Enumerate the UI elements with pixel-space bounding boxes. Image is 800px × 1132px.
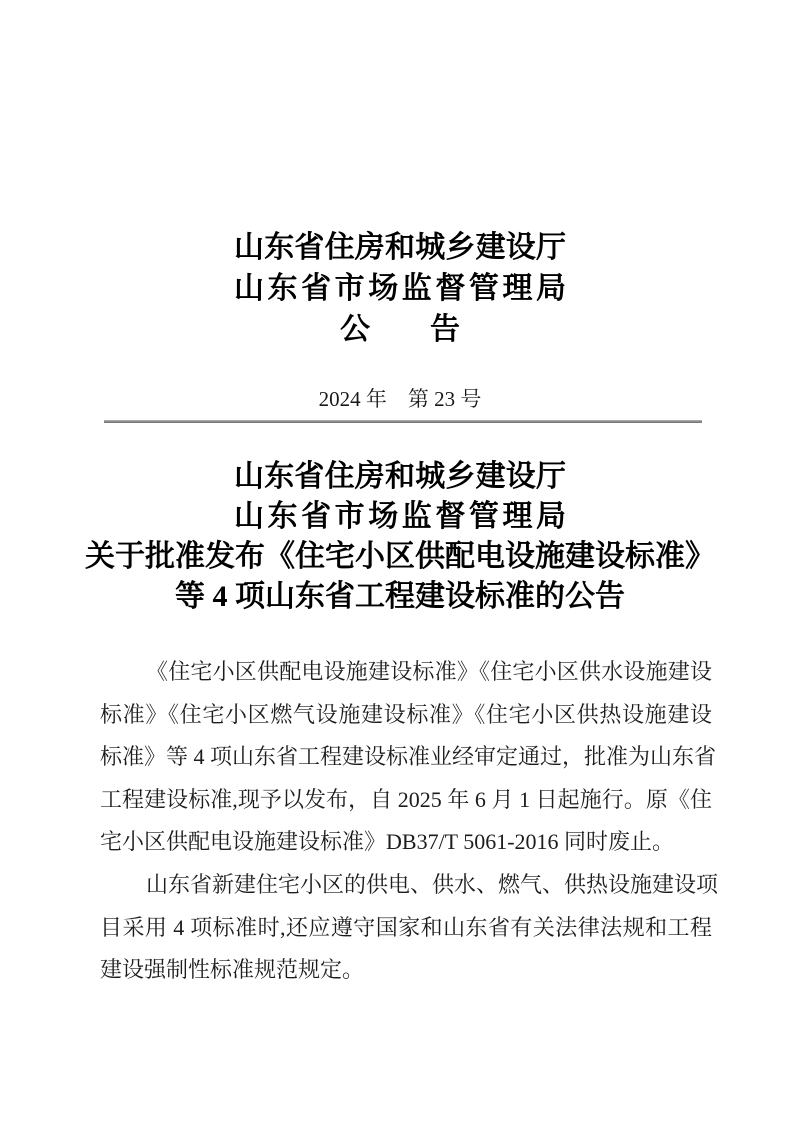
header-divider	[104, 420, 702, 423]
issue-number: 2024 年 第 23 号	[0, 386, 800, 412]
paragraph-2-line-3: 建设强制性标准规范规定。	[100, 949, 712, 992]
paragraph-1: 《住宅小区供配电设施建设标准》《住宅小区供水设施建设 标准》《住宅小区燃气设施建…	[100, 651, 712, 864]
paragraph-1-line-3: 标准》等 4 项山东省工程建设标准业经审定通过，批准为山东省	[100, 736, 712, 779]
agency-name-housing-dept: 山东省住房和城乡建设厅	[234, 227, 566, 268]
notice-body: 《住宅小区供配电设施建设标准》《住宅小区供水设施建设 标准》《住宅小区燃气设施建…	[100, 651, 712, 992]
notice-title-line3: 关于批准发布《住宅小区供配电设施建设标准》	[0, 537, 800, 577]
notice-title: 山东省住房和城乡建设厅 山东省市场监督管理局 关于批准发布《住宅小区供配电设施建…	[0, 457, 800, 617]
document-page: 山东省住房和城乡建设厅 山东省市场监督管理局 公 告 2024 年 第 23 号…	[0, 0, 800, 1132]
notice-title-line2: 山东省市场监督管理局	[234, 497, 566, 537]
paragraph-2-line-2: 目采用 4 项标准时,还应遵守国家和山东省有关法律法规和工程	[100, 907, 712, 950]
notice-title-line1: 山东省住房和城乡建设厅	[234, 457, 566, 497]
paragraph-1-line-4: 工程建设标准,现予以发布，自 2025 年 6 月 1 日起施行。原《住	[100, 779, 712, 822]
announcement-word: 公 告	[0, 309, 800, 350]
agency-name-market-regulation: 山东省市场监督管理局	[234, 268, 566, 309]
paragraph-1-line-5: 宅小区供配电设施建设标准》DB37/T 5061-2016 同时废止。	[100, 821, 712, 864]
paragraph-2-line-1: 山东省新建住宅小区的供电、供水、燃气、供热设施建设项	[100, 864, 712, 907]
notice-title-line4: 等 4 项山东省工程建设标准的公告	[0, 577, 800, 617]
document-header: 山东省住房和城乡建设厅 山东省市场监督管理局 公 告	[0, 227, 800, 350]
paragraph-1-line-2: 标准》《住宅小区燃气设施建设标准》《住宅小区供热设施建设	[100, 694, 712, 737]
paragraph-1-line-1: 《住宅小区供配电设施建设标准》《住宅小区供水设施建设	[100, 651, 712, 694]
issuing-agencies: 山东省住房和城乡建设厅 山东省市场监督管理局	[234, 227, 566, 309]
notice-title-agencies: 山东省住房和城乡建设厅 山东省市场监督管理局	[234, 457, 566, 537]
paragraph-2: 山东省新建住宅小区的供电、供水、燃气、供热设施建设项 目采用 4 项标准时,还应…	[100, 864, 712, 992]
